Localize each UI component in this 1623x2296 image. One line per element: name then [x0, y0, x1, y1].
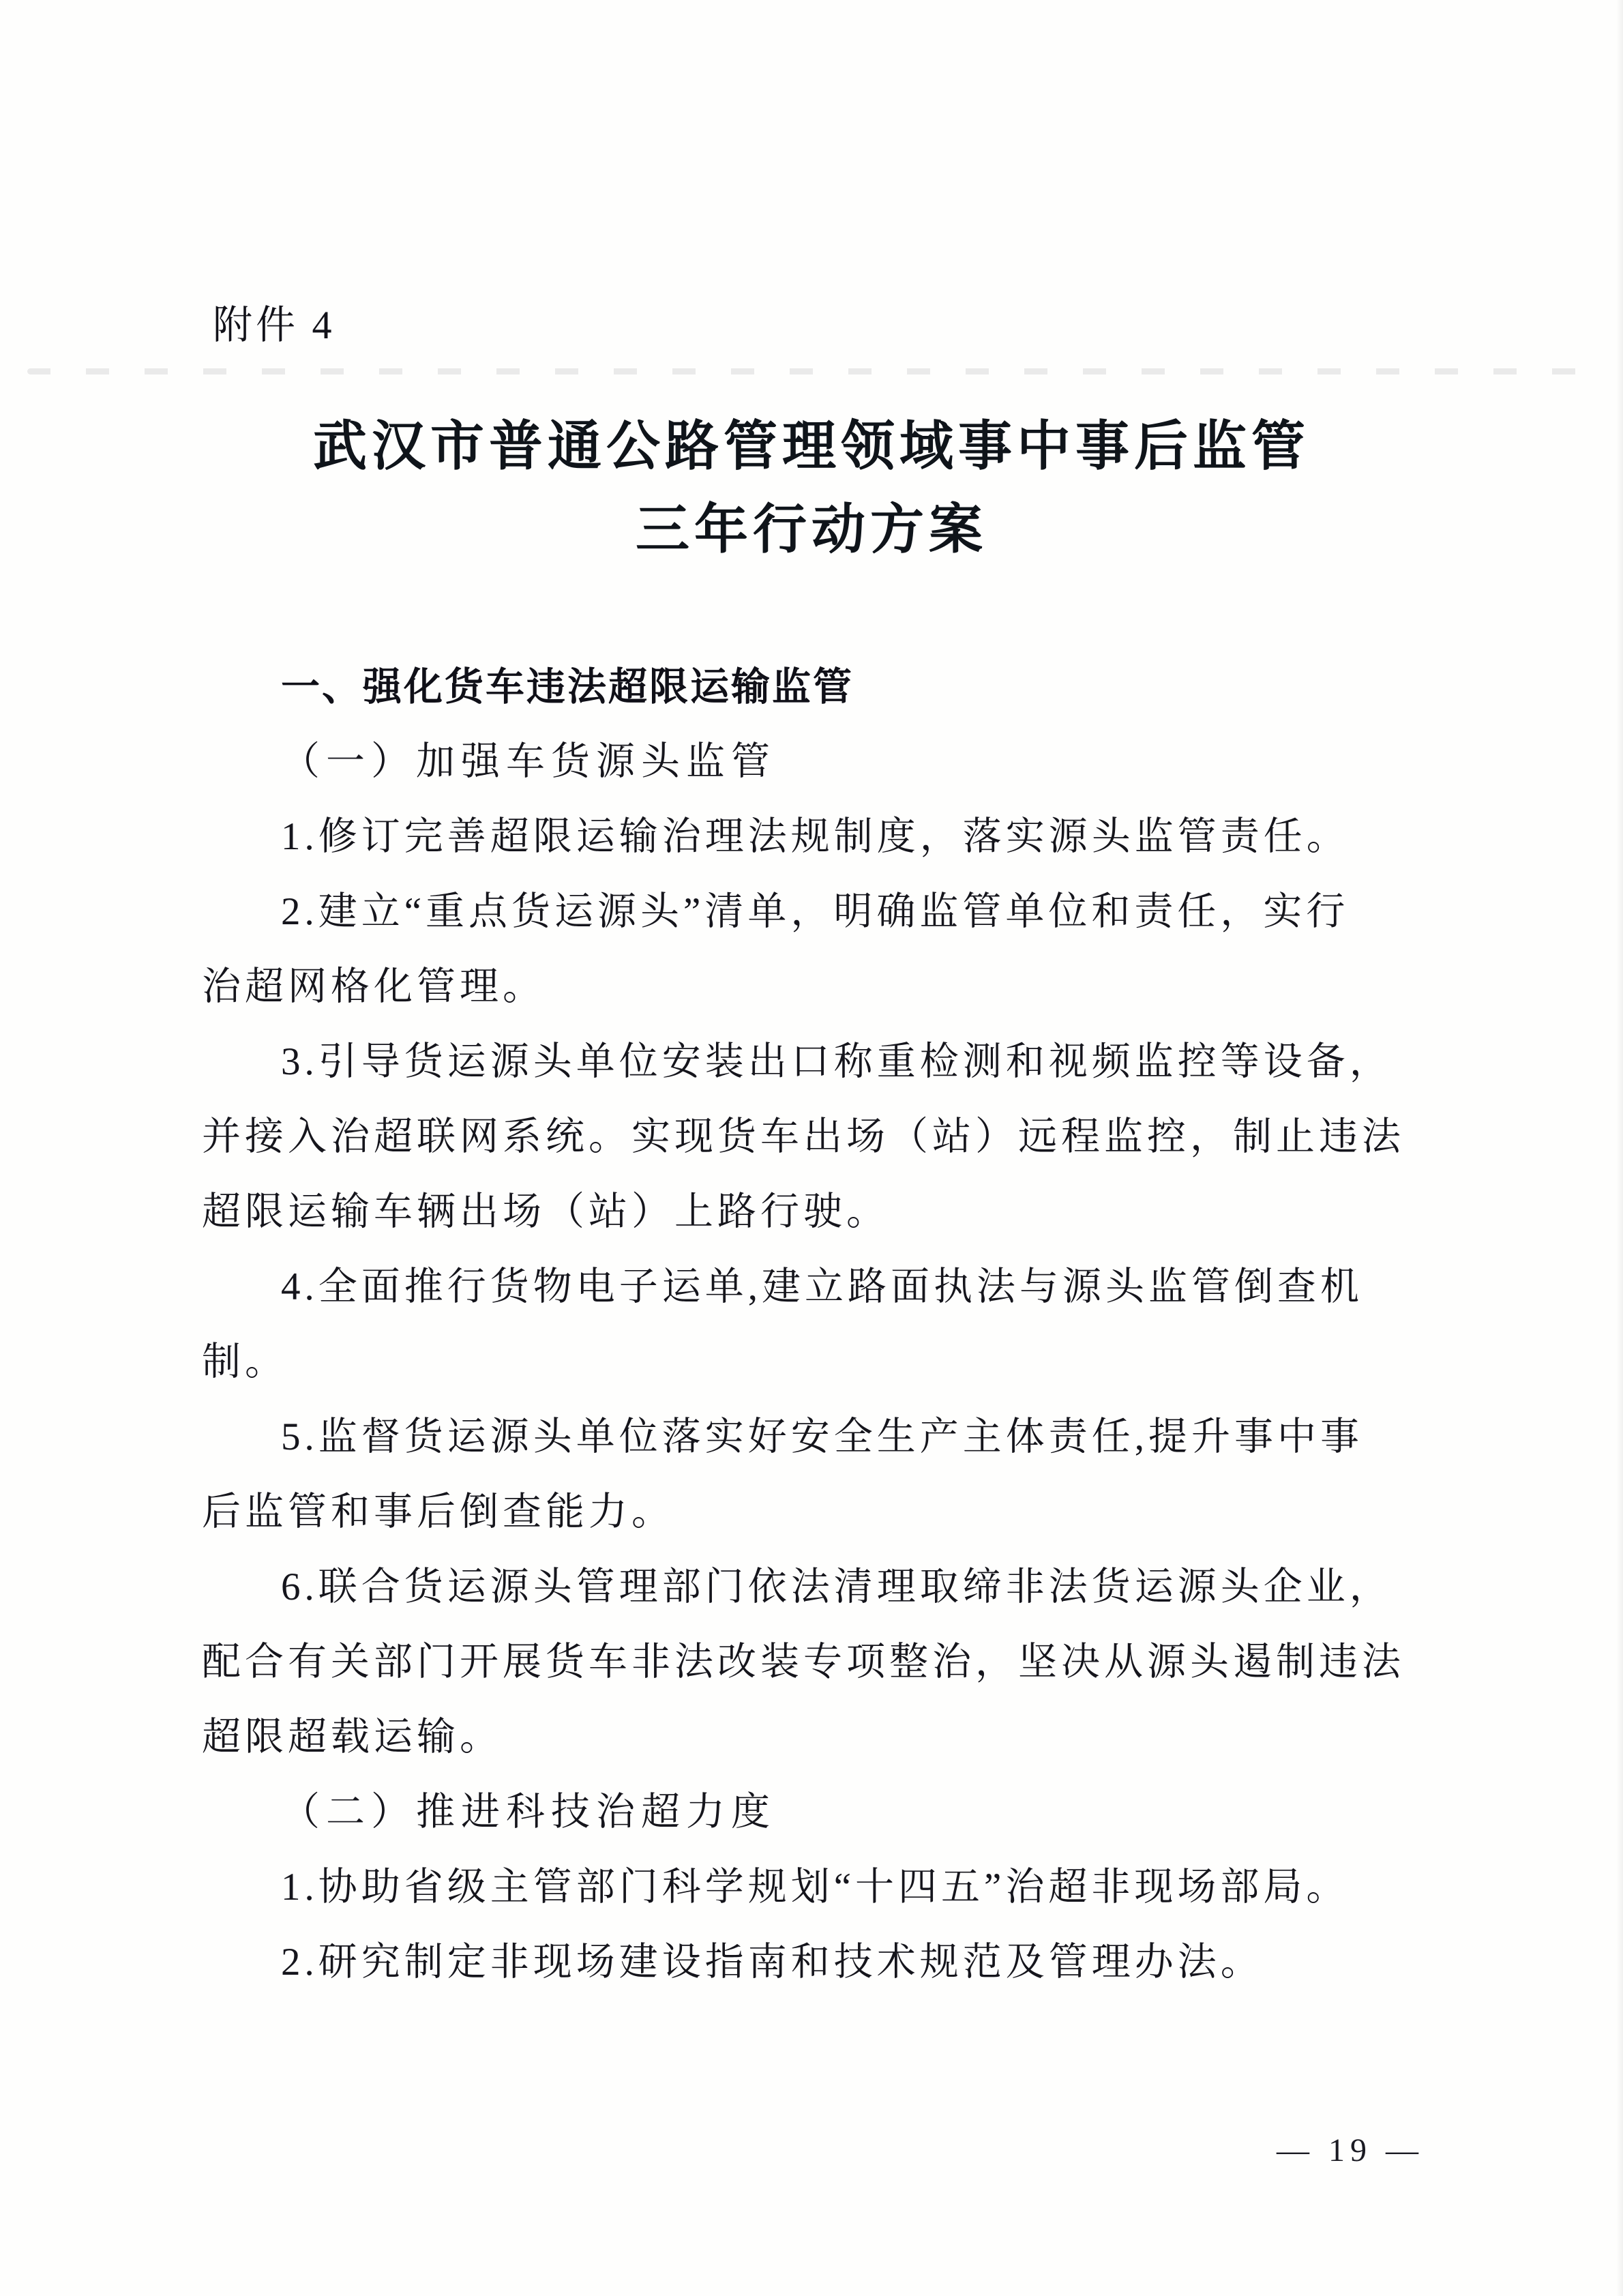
- attachment-label: 附件 4: [213, 295, 336, 356]
- text-line: 1.修订完善超限运输治理法规制度，落实源头监管责任。: [202, 799, 1427, 874]
- text-line: 后监管和事后倒查能力。: [202, 1475, 1427, 1550]
- scan-artifact-band: [27, 368, 1582, 374]
- text-line: 2.研究制定非现场建设指南和技术规范及管理办法。: [202, 1925, 1427, 2000]
- text-line: 治超网格化管理。: [202, 950, 1427, 1025]
- text-line: 配合有关部门开展货车非法改装专项整治，坚决从源头遏制违法: [202, 1625, 1427, 1700]
- text-line: 制。: [202, 1325, 1427, 1400]
- text-line: 5.监督货运源头单位落实好安全生产主体责任,提升事中事: [202, 1400, 1427, 1475]
- text-line: 超限运输车辆出场（站）上路行驶。: [202, 1175, 1427, 1250]
- text-line: 超限超载运输。: [202, 1700, 1427, 1775]
- page-number: — 19 —: [1277, 2127, 1424, 2175]
- subsection-heading: （二）推进科技治超力度: [202, 1775, 1427, 1850]
- document-page: 附件 4 武汉市普通公路管理领域事中事后监管 三年行动方案 一、强化货车违法超限…: [0, 0, 1623, 2296]
- document-title-line-1: 武汉市普通公路管理领域事中事后监管: [0, 405, 1623, 490]
- document-title-line-2: 三年行动方案: [0, 488, 1623, 573]
- text-line: 3.引导货运源头单位安装出口称重检测和视频监控等设备，: [202, 1025, 1427, 1100]
- document-body: 一、强化货车违法超限运输监管 （一）加强车货源头监管 1.修订完善超限运输治理法…: [202, 649, 1427, 2000]
- text-line: 并接入治超联网系统。实现货车出场（站）远程监控，制止违法: [202, 1100, 1427, 1175]
- section-heading: 一、强化货车违法超限运输监管: [202, 649, 1427, 724]
- text-line: 2.建立“重点货运源头”清单，明确监管单位和责任，实行: [202, 874, 1427, 950]
- text-line: 4.全面推行货物电子运单,建立路面执法与源头监管倒查机: [202, 1250, 1427, 1325]
- text-line: 1.协助省级主管部门科学规划“十四五”治超非现场部局。: [202, 1850, 1427, 1925]
- scan-edge-shade: [1616, 0, 1623, 2296]
- text-line: 6.联合货运源头管理部门依法清理取缔非法货运源头企业，: [202, 1550, 1427, 1625]
- subsection-heading: （一）加强车货源头监管: [202, 724, 1427, 799]
